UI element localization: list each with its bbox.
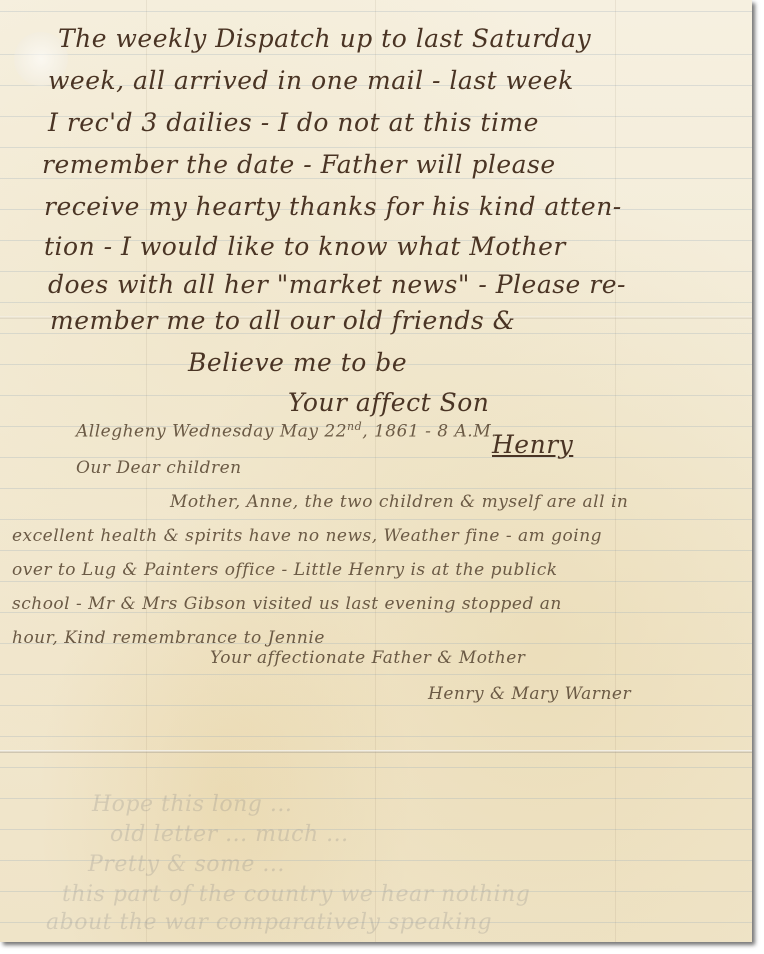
bleed-through-line: about the war comparatively speaking bbox=[46, 910, 492, 935]
son-closing: Your affect Son bbox=[288, 388, 489, 417]
dateline-year-time: , 1861 - 8 A.M. bbox=[362, 422, 497, 442]
son-letter-line: week, all arrived in one mail - last wee… bbox=[48, 66, 574, 95]
parents-letter-line: school - Mr & Mrs Gibson visited us last… bbox=[12, 594, 562, 614]
dateline-day: Wednesday bbox=[172, 422, 274, 442]
bleed-through-line: old letter ... much ... bbox=[110, 822, 349, 847]
son-letter-line: member me to all our old friends & bbox=[50, 306, 515, 335]
bleed-through-line: this part of the country we hear nothing bbox=[62, 882, 530, 907]
dateline-date: May 22 bbox=[280, 422, 347, 442]
son-signature: Henry bbox=[492, 430, 573, 459]
vertical-fold-crease bbox=[615, 0, 616, 942]
parents-closing: Your affectionate Father & Mother bbox=[210, 648, 525, 668]
salutation: Our Dear children bbox=[76, 458, 242, 478]
letter-page: The weekly Dispatch up to last Saturday … bbox=[0, 0, 752, 942]
parents-letter-line: excellent health & spirits have no news,… bbox=[12, 526, 602, 546]
son-letter-line: I rec'd 3 dailies - I do not at this tim… bbox=[48, 108, 539, 137]
parents-letter-line: Mother, Anne, the two children & myself … bbox=[170, 492, 628, 512]
son-letter-line: receive my hearty thanks for his kind at… bbox=[44, 192, 622, 221]
son-letter-line: remember the date - Father will please bbox=[42, 150, 556, 179]
dateline-place: Allegheny bbox=[76, 422, 166, 442]
parents-letter-line: hour, Kind remembrance to Jennie bbox=[12, 628, 325, 648]
bleed-through-line: Hope this long ... bbox=[92, 792, 292, 817]
dateline-ordinal: nd bbox=[347, 420, 362, 433]
bleed-through-line: Pretty & some ... bbox=[88, 852, 285, 877]
parents-signature: Henry & Mary Warner bbox=[428, 684, 631, 704]
parents-letter-line: over to Lug & Painters office - Little H… bbox=[12, 560, 558, 580]
dateline: Allegheny Wednesday May 22nd, 1861 - 8 A… bbox=[76, 420, 497, 442]
horizontal-fold-crease bbox=[0, 750, 752, 753]
son-letter-line: tion - I would like to know what Mother bbox=[44, 232, 566, 261]
son-closing: Believe me to be bbox=[188, 348, 407, 377]
vertical-fold-crease bbox=[375, 0, 376, 942]
son-letter-line: The weekly Dispatch up to last Saturday bbox=[58, 24, 591, 53]
son-letter-line: does with all her "market news" - Please… bbox=[48, 270, 626, 299]
